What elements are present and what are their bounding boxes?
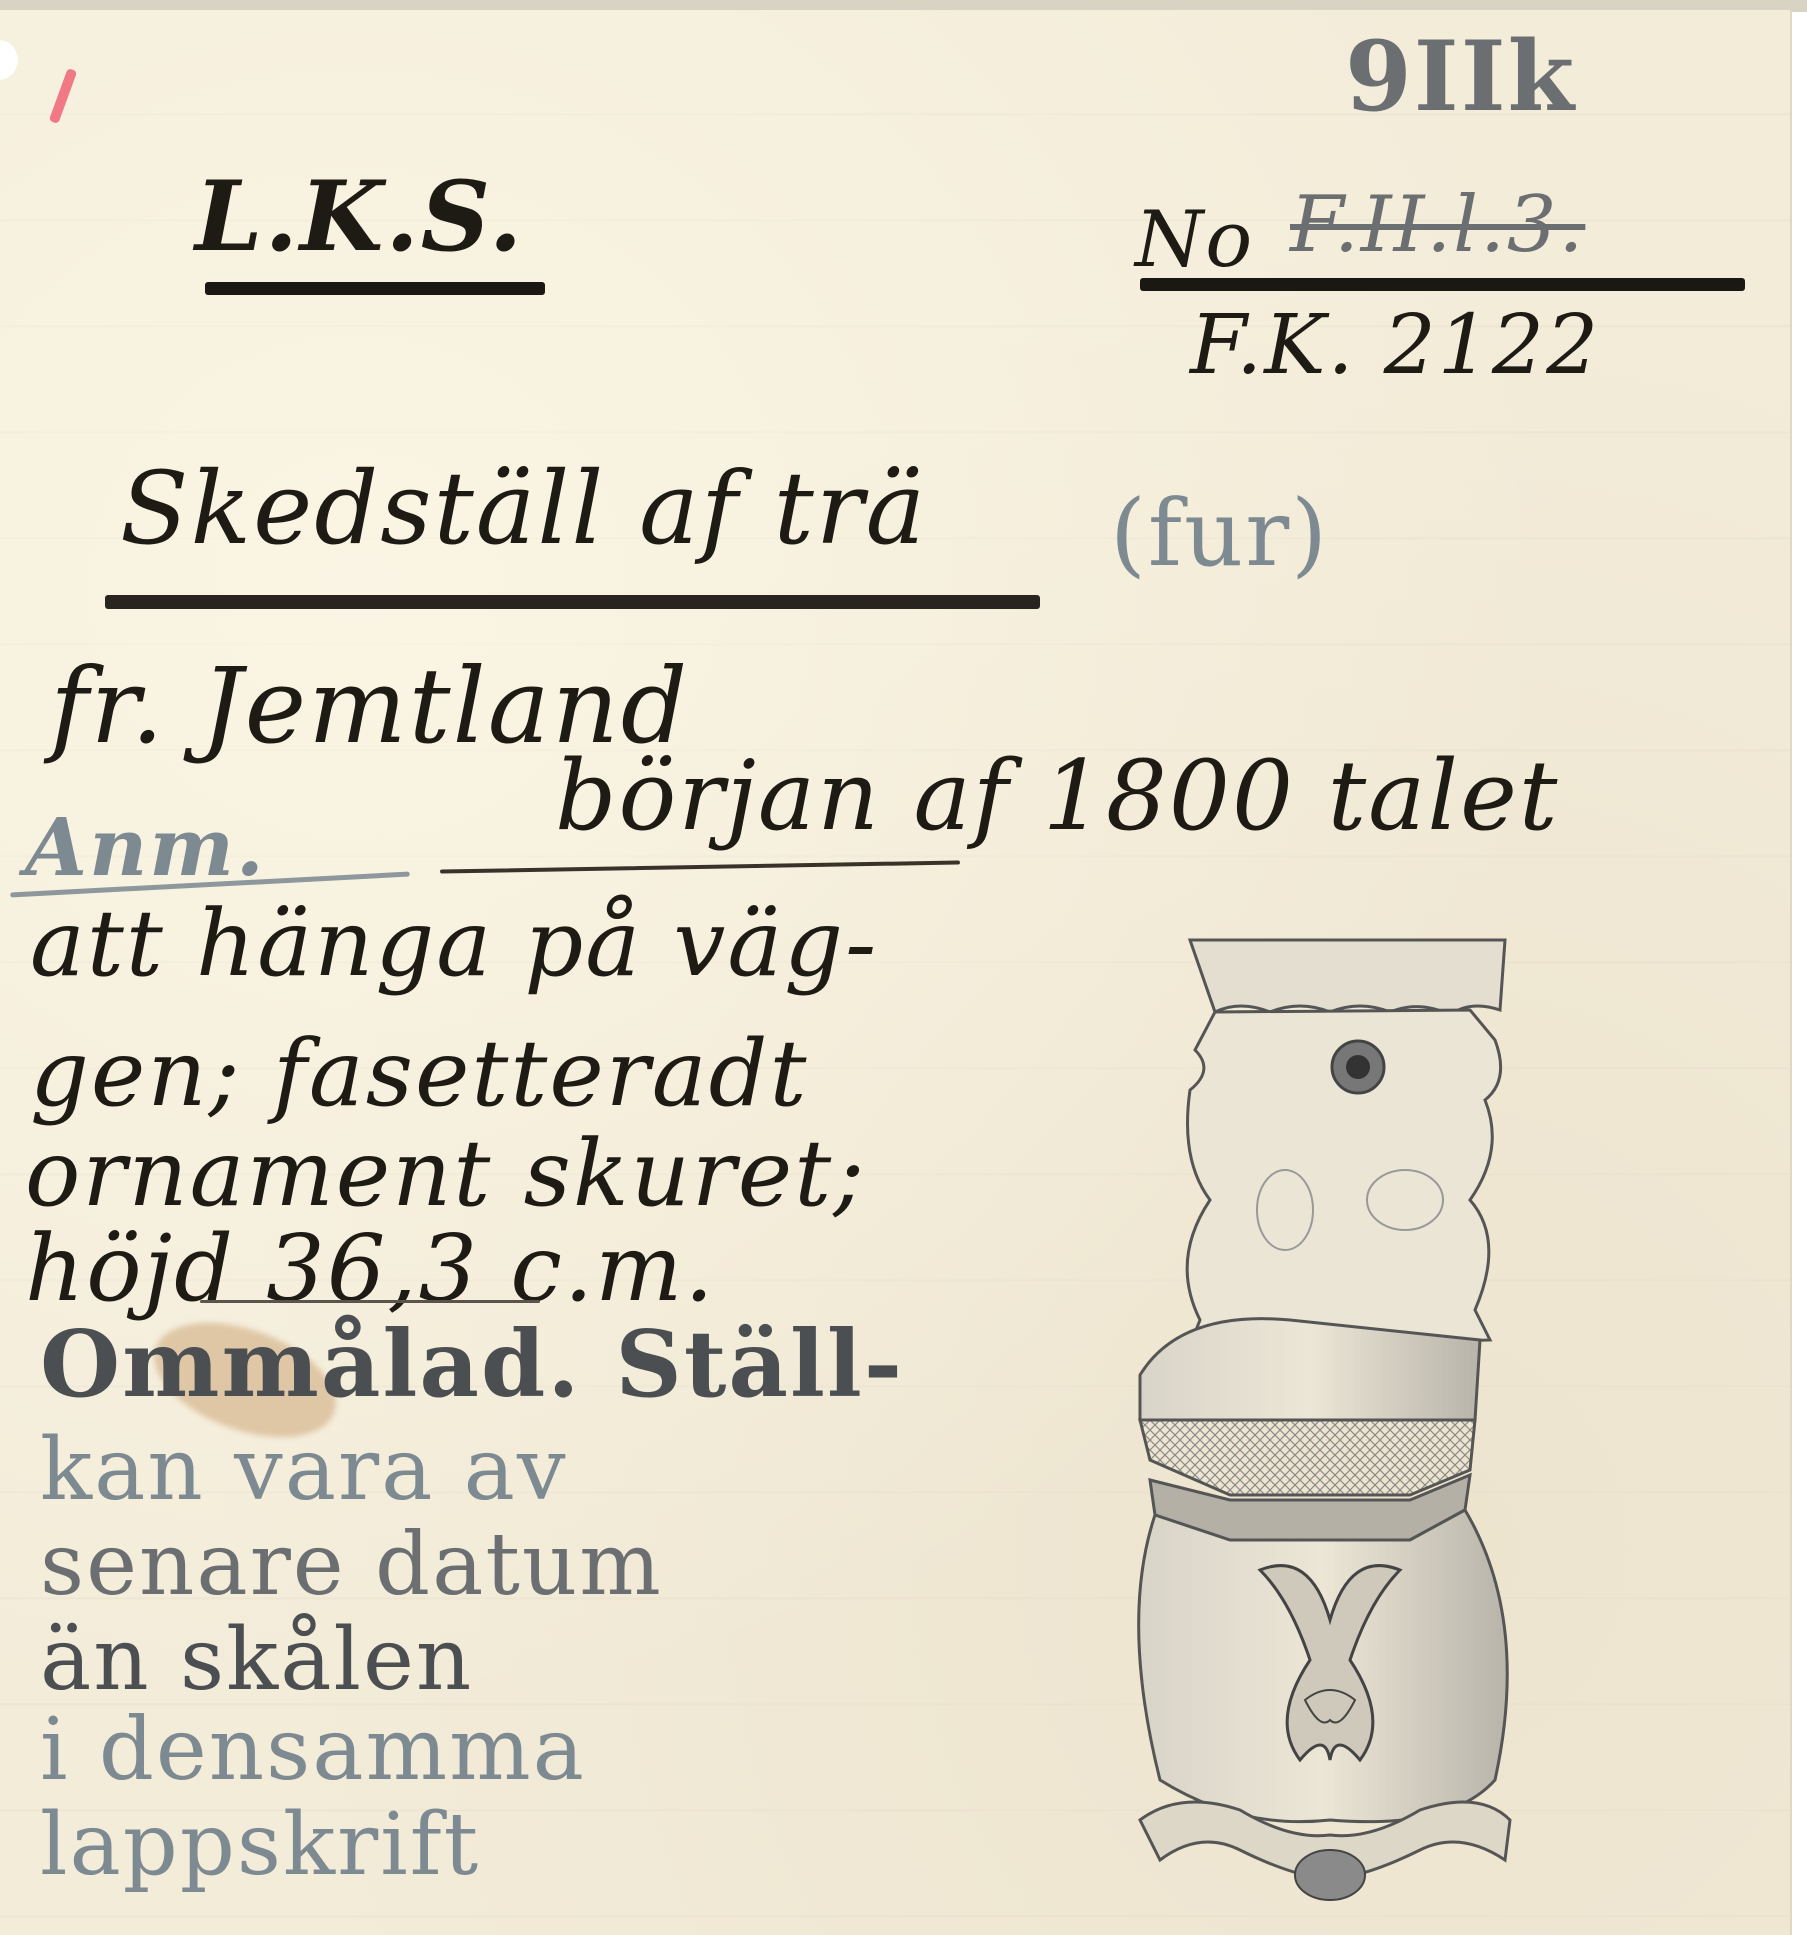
title-underline <box>105 595 1040 609</box>
object-title: Skedställ af trä <box>120 450 927 567</box>
description-line-2: gen; fasetteradt <box>30 1020 808 1127</box>
dating-underline <box>440 860 960 873</box>
remark-line-6: lappskrift <box>40 1795 480 1895</box>
remark-line-1: Ommålad. Ställ- <box>40 1310 904 1418</box>
spoon-rack-drawing <box>1120 900 1540 1935</box>
remark-line-3: senare datum <box>40 1515 663 1615</box>
description-line-3: ornament skuret; <box>25 1120 866 1227</box>
old-number-struck: F.II.l.3. <box>1290 180 1585 270</box>
remark-line-2: kan vara av <box>40 1420 568 1520</box>
catalogue-number: F.K. 2122 <box>1190 298 1600 393</box>
description-line-1: att hänga på väg- <box>30 890 878 997</box>
number-label: No <box>1135 195 1254 285</box>
title-note: (fur) <box>1110 480 1329 587</box>
description-line-4: höjd 36,3 c.m. <box>25 1215 716 1322</box>
collection-mark: L.K.S. <box>195 160 524 273</box>
dating: början af 1800 talet <box>555 740 1560 852</box>
remark-line-5: i densamma <box>40 1700 586 1800</box>
pencil-annotation: 9IIk <box>1345 20 1576 133</box>
number-underline <box>1140 278 1745 291</box>
description-underline <box>200 1300 540 1303</box>
collection-mark-underline <box>205 282 545 295</box>
punch-hole <box>0 40 18 80</box>
margin-note: Anm. <box>25 800 266 894</box>
catalogue-card: L.K.S. 9IIk No F.II.l.3. F.K. 2122 Skeds… <box>0 10 1792 1935</box>
red-crayon-tick <box>49 68 78 124</box>
remark-line-4: än skålen <box>40 1610 473 1710</box>
